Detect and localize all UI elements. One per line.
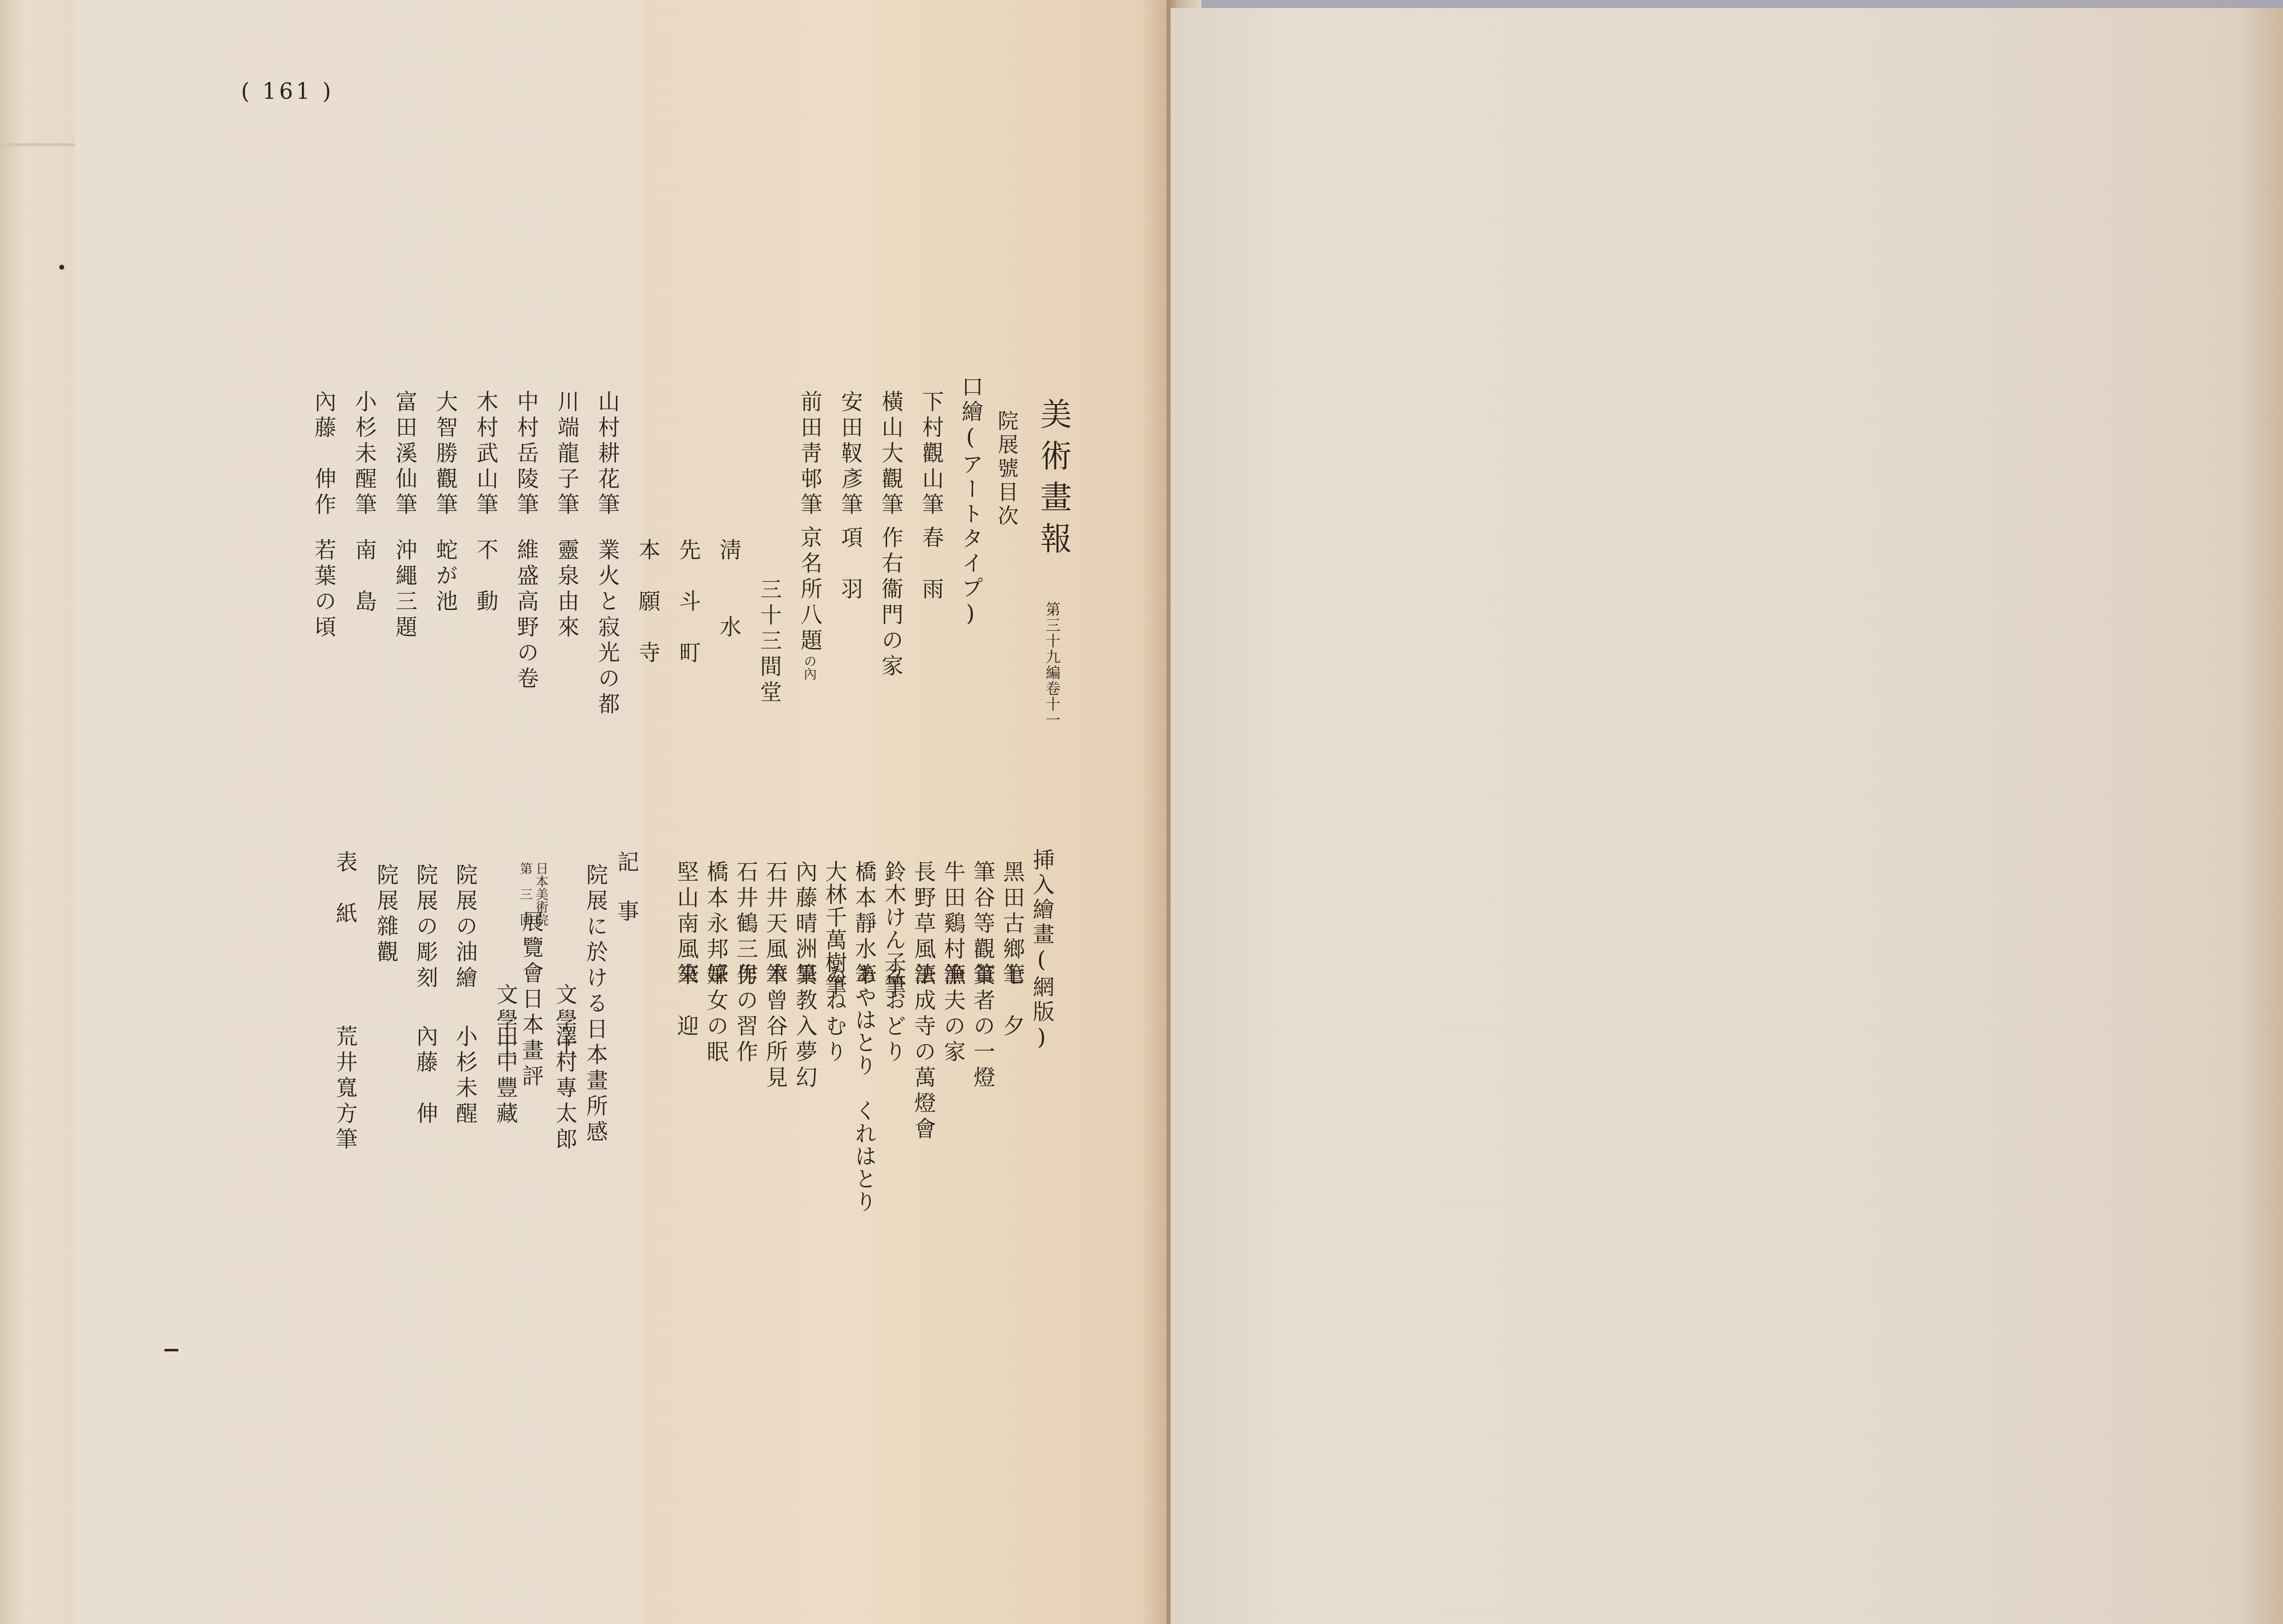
frontispiece-artist: 富田溪仙筆 [393, 390, 415, 519]
articles-heading: 記 事 [615, 851, 637, 925]
frontispiece-title: 項 羽 [839, 526, 860, 603]
illustrations-heading: 挿入繪畫(網版) [1030, 849, 1052, 1053]
frontispiece-artist: 川端龍子筆 [555, 390, 577, 519]
frontispiece-artist: 大智勝觀筆 [434, 390, 455, 519]
frontispiece-title: 不 動 [474, 538, 496, 615]
previous-page-edge [0, 0, 77, 1624]
page-mark [164, 1349, 178, 1351]
page-number: ( 161 ) [241, 79, 334, 104]
frontispiece-artist: 前田靑邨筆 [798, 390, 820, 519]
left-page-warm-tone [642, 0, 1167, 1624]
article-author: 小杉未醒 [453, 1025, 475, 1128]
illustration-title: 盆おどり [882, 963, 904, 1066]
frontispiece-title: 靈泉由來 [555, 538, 577, 641]
frontispiece-title: 蛇が池 [434, 538, 455, 615]
article-author: 田中豐藏 [494, 1025, 516, 1128]
article-title: 展覽會日本畫評 [520, 910, 541, 1090]
frontispiece-heading: 口繪(アートタイプ) [959, 375, 981, 629]
page-seam [2, 143, 77, 146]
frontispiece-artist: 內藤 伸作 [312, 390, 334, 519]
article-author: 澤村專太郎 [553, 1025, 575, 1153]
frontispiece-artist: 安田靫彥筆 [839, 390, 860, 519]
frontispiece-artist: 山村耕花筆 [596, 390, 617, 519]
frontispiece-title: 京名所八題の內 [798, 526, 820, 680]
illustration-title: 法成寺の萬燈會 [912, 963, 934, 1143]
frontispiece-title: 南 島 [353, 538, 374, 615]
illustration-title: 木曾谷所見 [764, 963, 785, 1092]
frontispiece-title: 業火と寂光の都 [596, 538, 617, 718]
article-title: 院展の油繪 [453, 863, 475, 992]
article-title: 院展に於ける日本畫所感 [584, 863, 606, 1146]
magazine-title: 美術畫報 [1037, 398, 1069, 564]
illustration-title: 婇女の眠 [704, 963, 726, 1066]
frontispiece-title: 本 願 寺 [636, 538, 658, 667]
frontispiece-title: 淸 水 [717, 538, 739, 641]
article-author: 內藤 伸 [414, 1025, 436, 1128]
illustration-title: あやはとり くれはとり [853, 963, 874, 1213]
frontispiece-title: 春 雨 [920, 526, 941, 603]
frontispiece-title: 三十三間堂 [758, 578, 779, 706]
ink-spot [59, 265, 64, 270]
illustration-title: 男の習作 [734, 963, 756, 1066]
frontispiece-artist: 木村武山筆 [474, 390, 496, 519]
frontispiece-title: 作右衞門の家 [879, 526, 901, 680]
illustration-title: 來 迎 [675, 963, 696, 1040]
frontispiece-artist: 小杉未醒筆 [353, 390, 374, 519]
cover-artist: 荒井寬方筆 [333, 1025, 355, 1153]
illustration-title: 貧者の一燈 [971, 963, 993, 1092]
book-spread: ( 161 ) 美術畫報 第三十九編卷十一 院展號目次 口繪(アートタイプ) 下… [0, 0, 2283, 1624]
illustration-title: ゐねむり [823, 963, 845, 1066]
frontispiece-title: 沖繩三題 [393, 538, 415, 641]
illustration-title: 七 夕 [1001, 963, 1022, 1040]
frontispiece-title: 若葉の頃 [312, 538, 334, 641]
volume-number: 第三十九編卷十一 [1044, 602, 1059, 728]
illustration-title: 異教入夢幻 [793, 963, 815, 1092]
frontispiece-artist: 橫山大觀筆 [879, 390, 901, 519]
cover-label: 表 紙 [333, 851, 355, 928]
frontispiece-artist: 中村岳陵筆 [515, 390, 536, 519]
frontispiece-title: 先 斗 町 [677, 538, 698, 667]
illustration-title: 漁夫の家 [941, 963, 963, 1066]
frontispiece-artist: 下村觀山筆 [920, 390, 941, 519]
article-title: 院展の彫刻 [414, 863, 436, 992]
issue-subtitle: 院展號目次 [996, 410, 1017, 528]
article-title: 院展雜觀 [374, 863, 396, 966]
frontispiece-title: 維盛高野の卷 [515, 538, 536, 692]
right-page-blank [1171, 8, 2283, 1624]
